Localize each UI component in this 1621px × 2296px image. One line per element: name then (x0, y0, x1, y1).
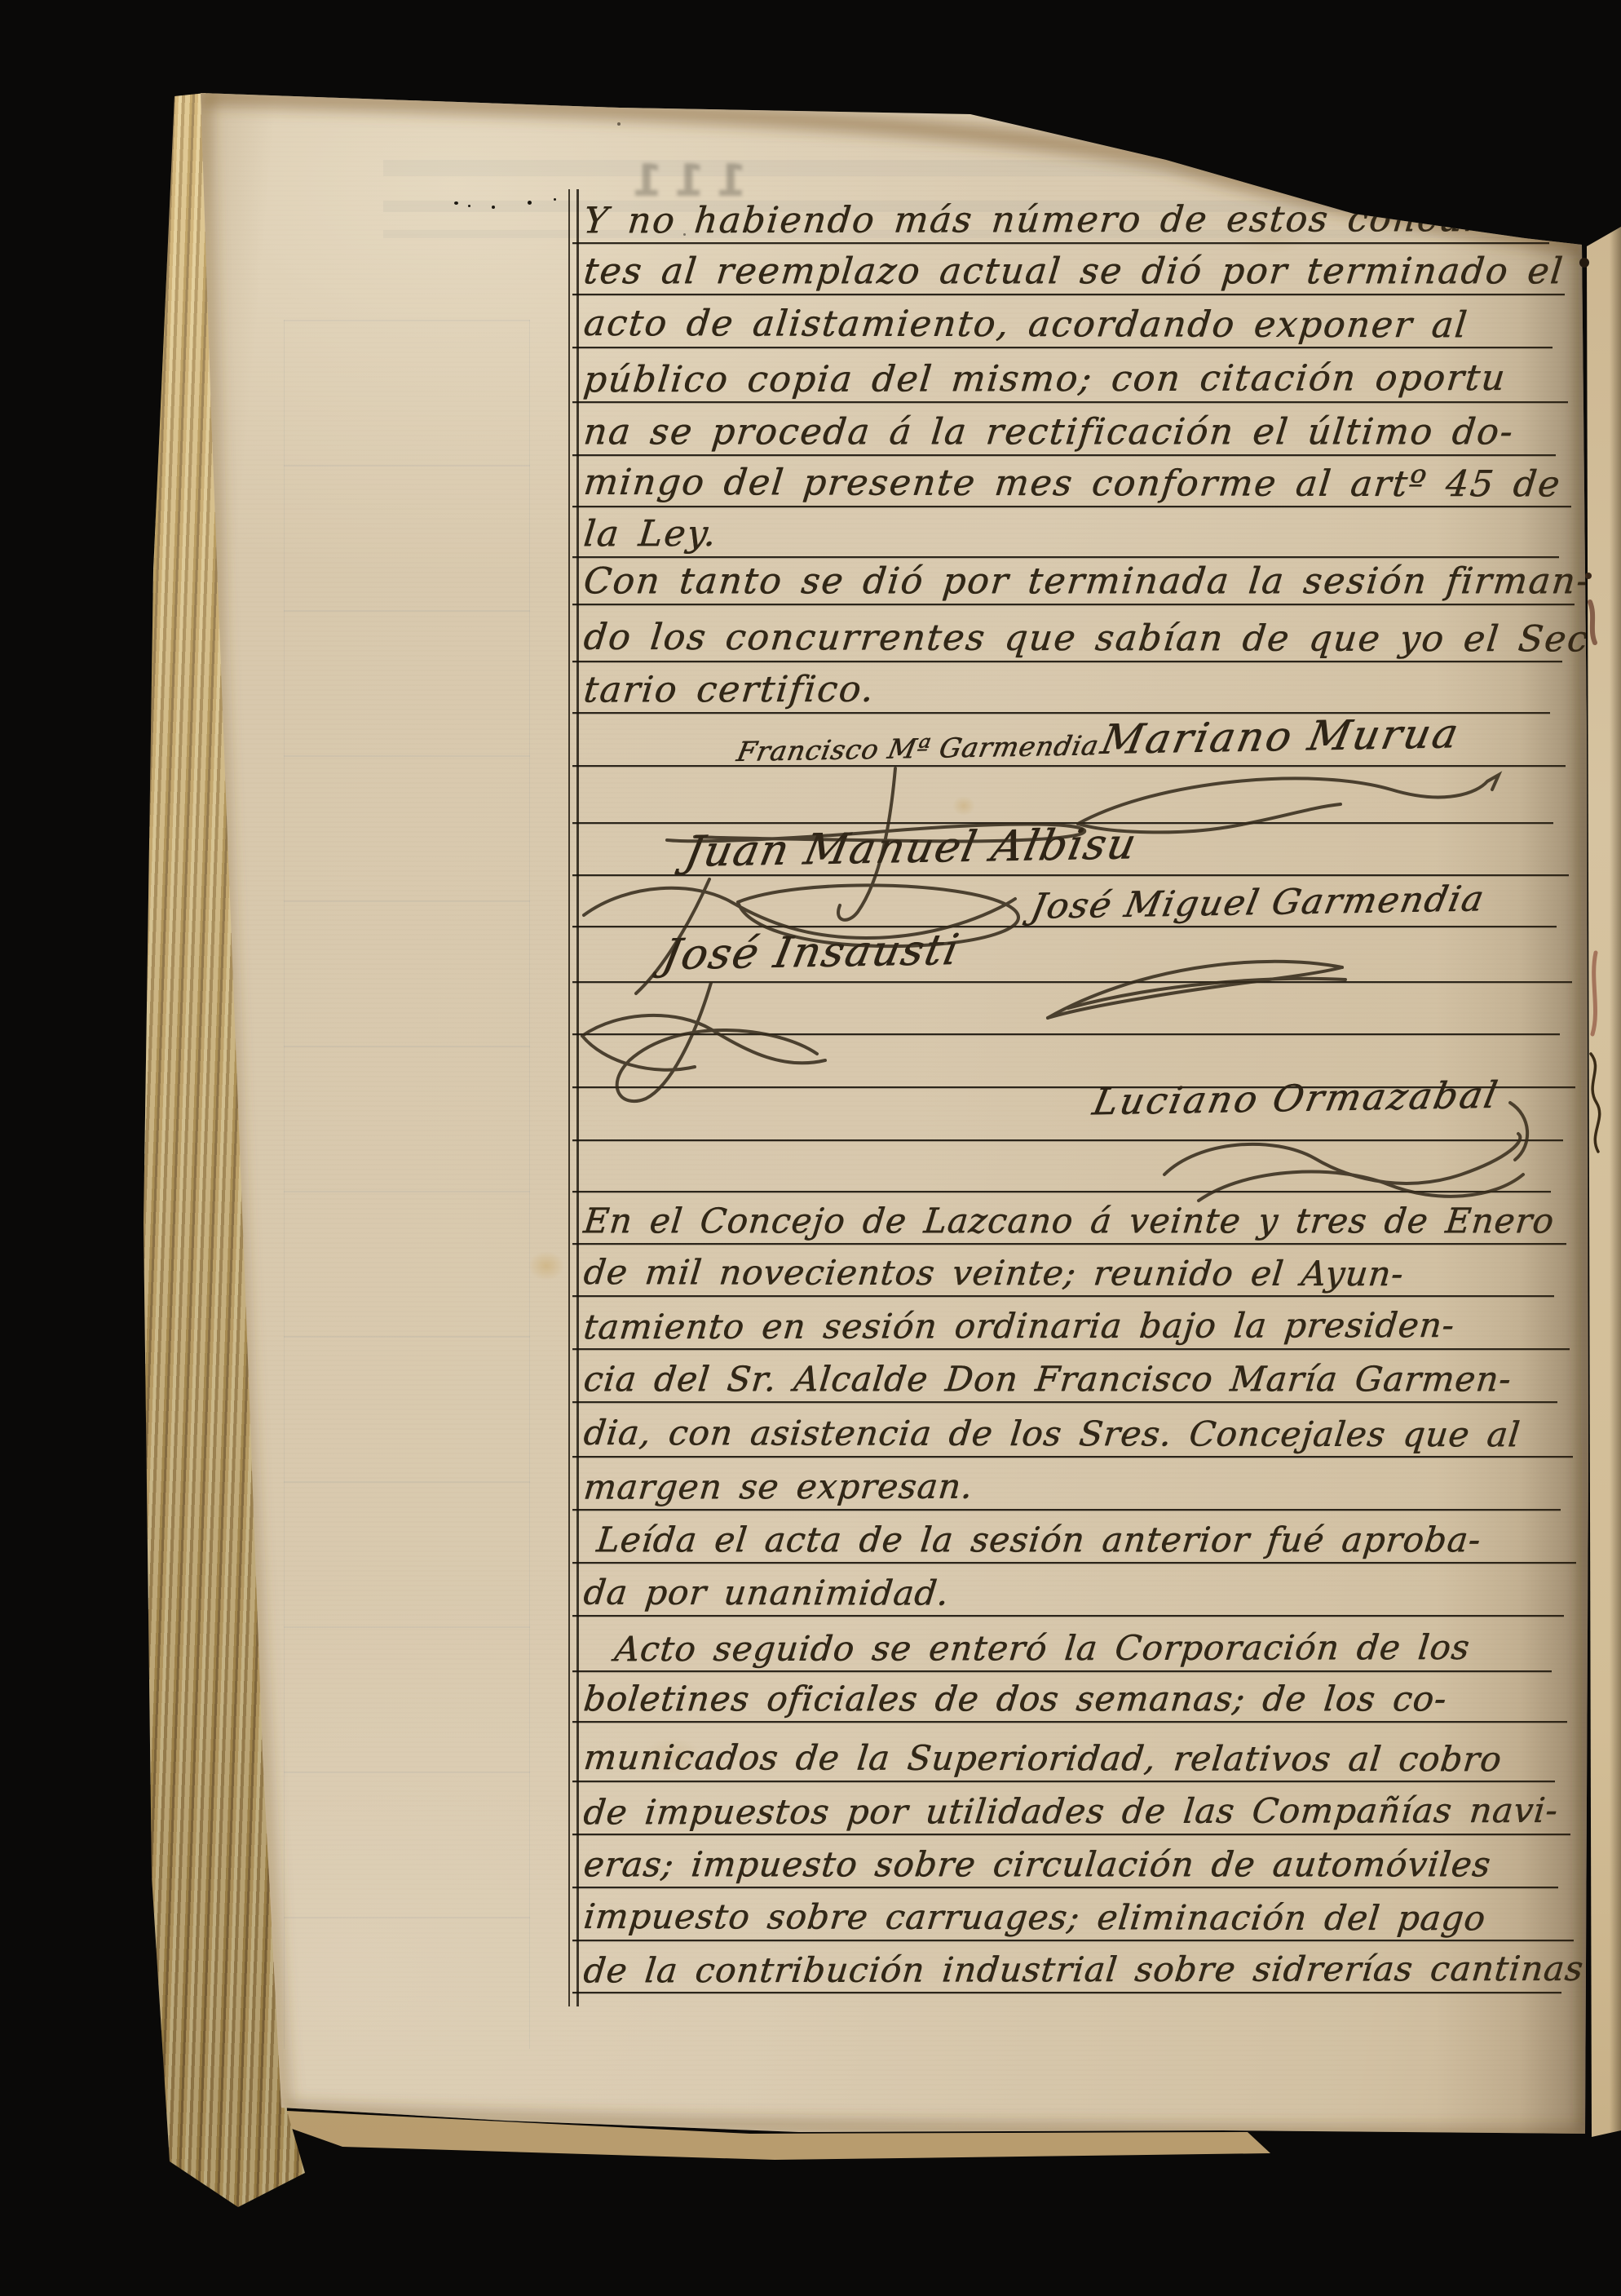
ruled-line (572, 661, 1562, 663)
ruled-line (572, 1887, 1558, 1889)
photographed-minute-book: 111 Y no habiendo más número de estos co… (0, 0, 1621, 2296)
gutter-shadow (1435, 237, 1588, 2141)
ruled-line (572, 1834, 1570, 1836)
ruled-line (572, 556, 1559, 559)
ruled-line (572, 347, 1553, 349)
signature-francisco-garmendia: Francisco Mª Garmendia (734, 729, 1102, 768)
manuscript-line: eras; impuesto sobre circulación de auto… (581, 1844, 1493, 1885)
manuscript-line: boletines oficiales de dos semanas; de l… (581, 1679, 1449, 1719)
bleed-through-margin-table (284, 320, 530, 2049)
ruled-line (572, 1295, 1554, 1298)
paper-stain (952, 796, 975, 816)
folio-number-stamp-ghost: 111 (396, 155, 747, 206)
manuscript-line: dia, con asistencia de los Sres. Conceja… (581, 1413, 1522, 1455)
manuscript-line: margen se expresan. (581, 1467, 974, 1508)
paper-stain (1231, 219, 1310, 254)
ruled-line (572, 1509, 1561, 1511)
manuscript-line: da por unanimidad. (581, 1573, 951, 1614)
ink-speck (617, 122, 621, 126)
ruled-line (572, 1615, 1564, 1617)
ruled-line (572, 1033, 1560, 1036)
ink-speck (554, 198, 556, 201)
ruled-line (572, 1243, 1566, 1245)
manuscript-line: mingo del presente mes conforme al artº … (581, 462, 1562, 506)
ruled-line (572, 1781, 1555, 1783)
ink-speck (468, 205, 470, 207)
bleed-through-band (383, 230, 1549, 238)
ink-speck (454, 201, 458, 205)
manuscript-line: tario certifico. (581, 670, 877, 711)
paper-stain (528, 1251, 564, 1281)
ruled-line (572, 1401, 1557, 1404)
ruled-line (572, 1139, 1563, 1142)
ruled-line (572, 604, 1575, 606)
manuscript-line: la Ley. (581, 514, 719, 555)
ruled-line (572, 1940, 1574, 1942)
ruled-line (572, 1348, 1570, 1351)
ruled-line (572, 1562, 1576, 1564)
ruled-line (572, 1456, 1573, 1458)
manuscript-line: tamiento en sesión ordinaria bajo la pre… (581, 1305, 1456, 1347)
ruled-line (572, 454, 1556, 457)
ink-speck (492, 206, 495, 209)
signature-juan-manuel-albisu: Juan Manuel Albisu (681, 820, 1141, 877)
manuscript-line: cia del Sr. Alcalde Don Francisco María … (581, 1359, 1513, 1400)
ink-speck (528, 201, 532, 205)
ink-speck (683, 233, 686, 236)
manuscript-line: público copia del mismo; con citación op… (581, 358, 1508, 400)
ruled-line (572, 981, 1572, 984)
paper-stain (644, 1737, 701, 1775)
margin-rule (576, 189, 579, 2006)
ruled-line (572, 401, 1568, 404)
ruled-line (572, 294, 1565, 296)
ruled-line (572, 1721, 1567, 1723)
manuscript-line: Acto seguido se enteró la Corporación de… (612, 1627, 1472, 1670)
manuscript-line: tes al reemplazo actual se dió por termi… (581, 251, 1566, 292)
manuscript-line: de mil novecientos veinte; reunido el Ay… (581, 1252, 1406, 1294)
signature-jose-miguel-garmendia: José Miguel Garmendia (1027, 878, 1488, 927)
manuscript-line: Leída el acta de la sesión anterior fué … (594, 1520, 1482, 1560)
manuscript-line: de impuestos por utilidades de las Compa… (581, 1790, 1560, 1834)
ruled-line (572, 765, 1566, 768)
manuscript-line: na se proceda á la rectificación el últi… (581, 412, 1516, 453)
manuscript-line: acto de alistamiento, acordando exponer … (581, 303, 1470, 346)
signature-mariano-murua: Mariano Murua (1098, 710, 1464, 763)
ruled-line (572, 242, 1549, 245)
ruled-line (572, 1670, 1552, 1673)
ruled-line (572, 1992, 1561, 1994)
manuscript-line: municados de la Superioridad, relativos … (581, 1737, 1504, 1780)
manuscript-line: impuesto sobre carruages; eliminación de… (581, 1896, 1487, 1939)
signature-jose-insausti: José Insausti (659, 926, 965, 980)
manuscript-line: En el Concejo de Lazcano á veinte y tres… (581, 1201, 1556, 1241)
ruled-line (572, 1191, 1551, 1193)
margin-rule (568, 189, 570, 2006)
ruled-line (572, 506, 1571, 508)
